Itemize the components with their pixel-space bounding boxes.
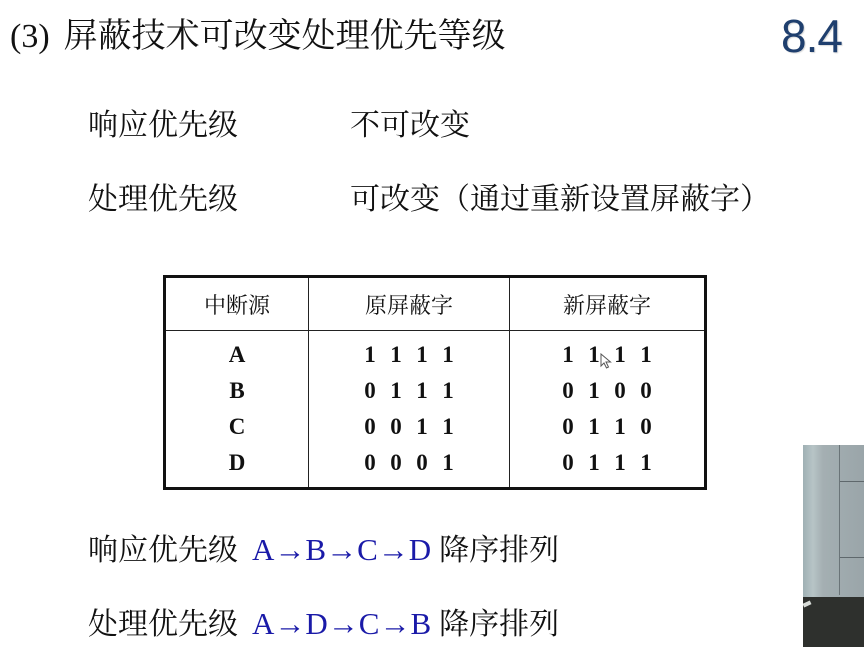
bit: 1 [435,414,461,440]
bit: 0 [607,378,633,404]
mask-word-table: 中断源 原屏蔽字 新屏蔽字 A 1111 1111 B 0111 0100 C … [163,275,707,490]
processing-order-sequence: A→D→C→B [252,606,431,641]
table-header-row: 中断源 原屏蔽字 新屏蔽字 [165,277,706,331]
processing-order-line: 处理优先级A→D→C→B降序排列 [88,604,559,645]
header-new-mask: 新屏蔽字 [510,277,706,331]
bit: 0 [409,450,435,476]
mouse-pointer-icon [600,353,612,369]
response-order-suffix: 降序排列 [439,533,559,568]
bit: 1 [633,342,659,368]
title-text: 屏蔽技术可改变处理优先等级 [64,16,506,56]
cell-old-mask: 1111 [309,331,510,374]
table-row: A 1111 1111 [165,331,706,374]
bit: 1 [435,450,461,476]
cell-old-mask: 0001 [309,445,510,489]
cell-old-mask: 0111 [309,373,510,409]
bit: 1 [633,450,659,476]
bit: 1 [409,342,435,368]
bit: 0 [383,450,409,476]
slide-title: (3)屏蔽技术可改变处理优先等级 [10,14,506,59]
bit: 0 [383,414,409,440]
section-number: 8.4 [781,8,842,64]
bit: 1 [435,378,461,404]
bit: 1 [409,414,435,440]
bit: 0 [357,378,383,404]
bit: 0 [357,414,383,440]
cell-new-mask: 0110 [510,409,706,445]
header-interrupt-source: 中断源 [165,277,309,331]
lecturer-video-inset [803,445,864,647]
cell-source: B [165,373,309,409]
processing-priority-label: 处理优先级 [88,180,350,220]
bit: 1 [435,342,461,368]
bit: 0 [357,450,383,476]
response-priority-label: 响应优先级 [88,106,350,146]
bit: 1 [607,450,633,476]
response-priority-line: 响应优先级不可改变 [88,106,470,146]
bit: 0 [555,378,581,404]
bit: 1 [581,378,607,404]
bit: 0 [555,414,581,440]
bit: 0 [633,414,659,440]
processing-priority-value: 可改变（通过重新设置屏蔽字） [350,182,770,217]
cell-source: A [165,331,309,374]
wall-panel-line [839,445,840,595]
bit: 1 [607,414,633,440]
response-order-line: 响应优先级A→B→C→D降序排列 [88,530,559,571]
bit: 1 [555,342,581,368]
bit: 0 [633,378,659,404]
bit: 1 [383,342,409,368]
cell-source: C [165,409,309,445]
table-row: C 0011 0110 [165,409,706,445]
response-order-label: 响应优先级 [88,533,238,568]
response-priority-value: 不可改变 [350,108,470,143]
bit: 1 [383,378,409,404]
cell-old-mask: 0011 [309,409,510,445]
cell-source: D [165,445,309,489]
bit: 0 [555,450,581,476]
bit: 1 [409,378,435,404]
response-order-sequence: A→B→C→D [252,532,431,567]
cell-new-mask: 0100 [510,373,706,409]
table-row: D 0001 0111 [165,445,706,489]
title-number: (3) [10,18,50,55]
processing-order-label: 处理优先级 [88,607,238,642]
processing-priority-line: 处理优先级可改变（通过重新设置屏蔽字） [88,180,770,220]
wall-panel-line [840,481,864,482]
bit: 1 [357,342,383,368]
table-row: B 0111 0100 [165,373,706,409]
processing-order-suffix: 降序排列 [439,607,559,642]
header-old-mask: 原屏蔽字 [309,277,510,331]
wall-panel-line [840,557,864,558]
bit: 1 [581,414,607,440]
cell-new-mask: 0111 [510,445,706,489]
bit: 1 [581,450,607,476]
video-floor-area [803,597,864,647]
